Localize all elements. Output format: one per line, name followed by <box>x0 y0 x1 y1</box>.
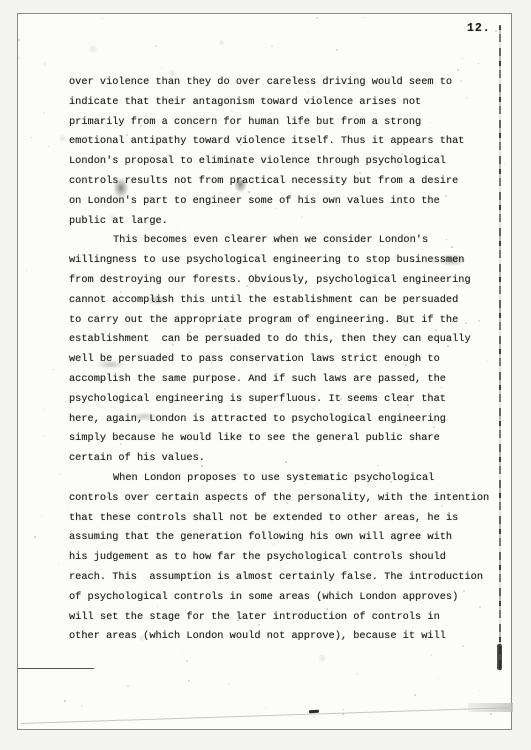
speckle-dot <box>34 536 36 538</box>
speckle-dot <box>161 67 162 68</box>
footnote-rule <box>18 668 94 669</box>
speckle-dot <box>43 435 45 437</box>
speckle-dot <box>186 660 188 662</box>
text-line: certain of his values. <box>69 449 505 469</box>
speckle-dot <box>271 45 273 47</box>
speckle-dot <box>81 705 83 707</box>
text-line: reach. This assumption is almost certain… <box>69 568 505 588</box>
speckle-dot <box>490 713 492 715</box>
speckle-dot <box>364 17 365 18</box>
text-line: cannot accomplish this until the establi… <box>69 291 505 311</box>
speckle-dot <box>43 409 44 410</box>
text-line: from destroying our forests. Obviously, … <box>69 271 505 291</box>
speckle-dot <box>182 650 183 651</box>
speckle-dot <box>67 509 68 510</box>
speckle-dot <box>26 270 27 271</box>
speckle-dot <box>479 690 480 691</box>
speckle-dot <box>343 709 344 710</box>
speckle-dot <box>431 655 432 656</box>
text-line: primarily from a concern for human life … <box>69 113 505 133</box>
speckle-dot <box>18 57 20 59</box>
speckle-blob <box>318 654 327 663</box>
speckle-dot <box>127 685 129 687</box>
speckle-dot <box>356 673 358 675</box>
overstrike-smudge <box>438 254 466 266</box>
speckle-dot <box>313 716 315 718</box>
speckle-dot <box>462 58 463 59</box>
text-line: his judgement as to how far the psycholo… <box>69 548 505 568</box>
scan-gray-band <box>468 703 513 712</box>
speckle-dot <box>43 112 45 114</box>
text-line: When London proposes to use systematic p… <box>69 469 505 489</box>
scan-streak-blob-artifact <box>497 644 502 670</box>
overstrike-smudge <box>234 176 247 193</box>
text-line: This becomes even clearer when we consid… <box>69 231 505 251</box>
speckle-dot <box>48 146 49 147</box>
typed-text: over violence than they do over careless… <box>69 73 505 647</box>
speckle-dot <box>62 719 63 720</box>
speckle-dot <box>228 683 230 685</box>
text-line: on London's part to engineer some of his… <box>69 192 505 212</box>
speckle-dot <box>438 678 439 679</box>
text-line: indicate that their antagonism toward vi… <box>69 93 505 113</box>
text-line: will set the stage for the later introdu… <box>69 608 505 628</box>
text-line: other areas (which London would not appr… <box>69 627 505 647</box>
speckle-dot <box>60 474 61 475</box>
text-line: London's proposal to eliminate violence … <box>69 152 505 172</box>
document-page: 12. over violence than they do over care… <box>17 13 512 730</box>
speckle-dot <box>155 45 157 47</box>
speckle-dot <box>31 137 32 138</box>
text-line: to carry out the appropriate program of … <box>69 311 505 331</box>
overstrike-smudge <box>96 360 126 369</box>
speckle-dot <box>104 69 105 70</box>
speckle-dot <box>316 17 318 19</box>
text-line: establishment can be persuaded to do thi… <box>69 330 505 350</box>
speckle-dot <box>64 700 66 702</box>
text-line: that these controls shall not be extende… <box>69 509 505 529</box>
speckle-dot <box>38 487 39 488</box>
scan-streak-artifact <box>499 25 501 671</box>
text-line: assuming that the generation following h… <box>69 528 505 548</box>
page-number: 12. <box>467 22 491 35</box>
text-line: emotional antipathy toward violence itse… <box>69 132 505 152</box>
speckle-blob <box>58 134 67 143</box>
text-line: controls results not from practical nece… <box>69 172 505 192</box>
scan-crease-line <box>21 707 513 724</box>
speckle-dot <box>53 369 54 370</box>
speckle-dot <box>188 680 190 682</box>
text-line: psychological engineering is superfluous… <box>69 390 505 410</box>
speckle-dot <box>336 49 338 51</box>
scanned-document: 12. over violence than they do over care… <box>0 0 531 750</box>
speckle-dot <box>41 515 42 516</box>
overstrike-smudge <box>113 177 129 199</box>
speckle-blob <box>88 44 98 54</box>
speckle-dot <box>58 563 59 564</box>
speckle-dot <box>18 39 20 41</box>
text-line: well be persuaded to pass conservation l… <box>69 350 505 370</box>
overstrike-smudge <box>146 295 168 305</box>
speckle-dot <box>457 69 459 71</box>
speckle-blob <box>218 39 225 46</box>
speckle-dot <box>177 27 178 28</box>
speckle-dot <box>495 30 497 32</box>
speckle-dot <box>478 63 479 64</box>
text-line: public at large. <box>69 212 505 232</box>
text-line: of psychological controls in some areas … <box>69 588 505 608</box>
text-line: simply because he would like to see the … <box>69 429 505 449</box>
speckle-dot <box>265 707 267 709</box>
overstrike-smudge <box>129 412 159 421</box>
speckle-dot <box>414 694 416 696</box>
text-line: over violence than they do over careless… <box>69 73 505 93</box>
text-line: controls over certain aspects of the per… <box>69 489 505 509</box>
speckle-dot <box>44 63 46 65</box>
text-line: accomplish the same purpose. And if such… <box>69 370 505 390</box>
speckle-dot <box>102 18 103 19</box>
